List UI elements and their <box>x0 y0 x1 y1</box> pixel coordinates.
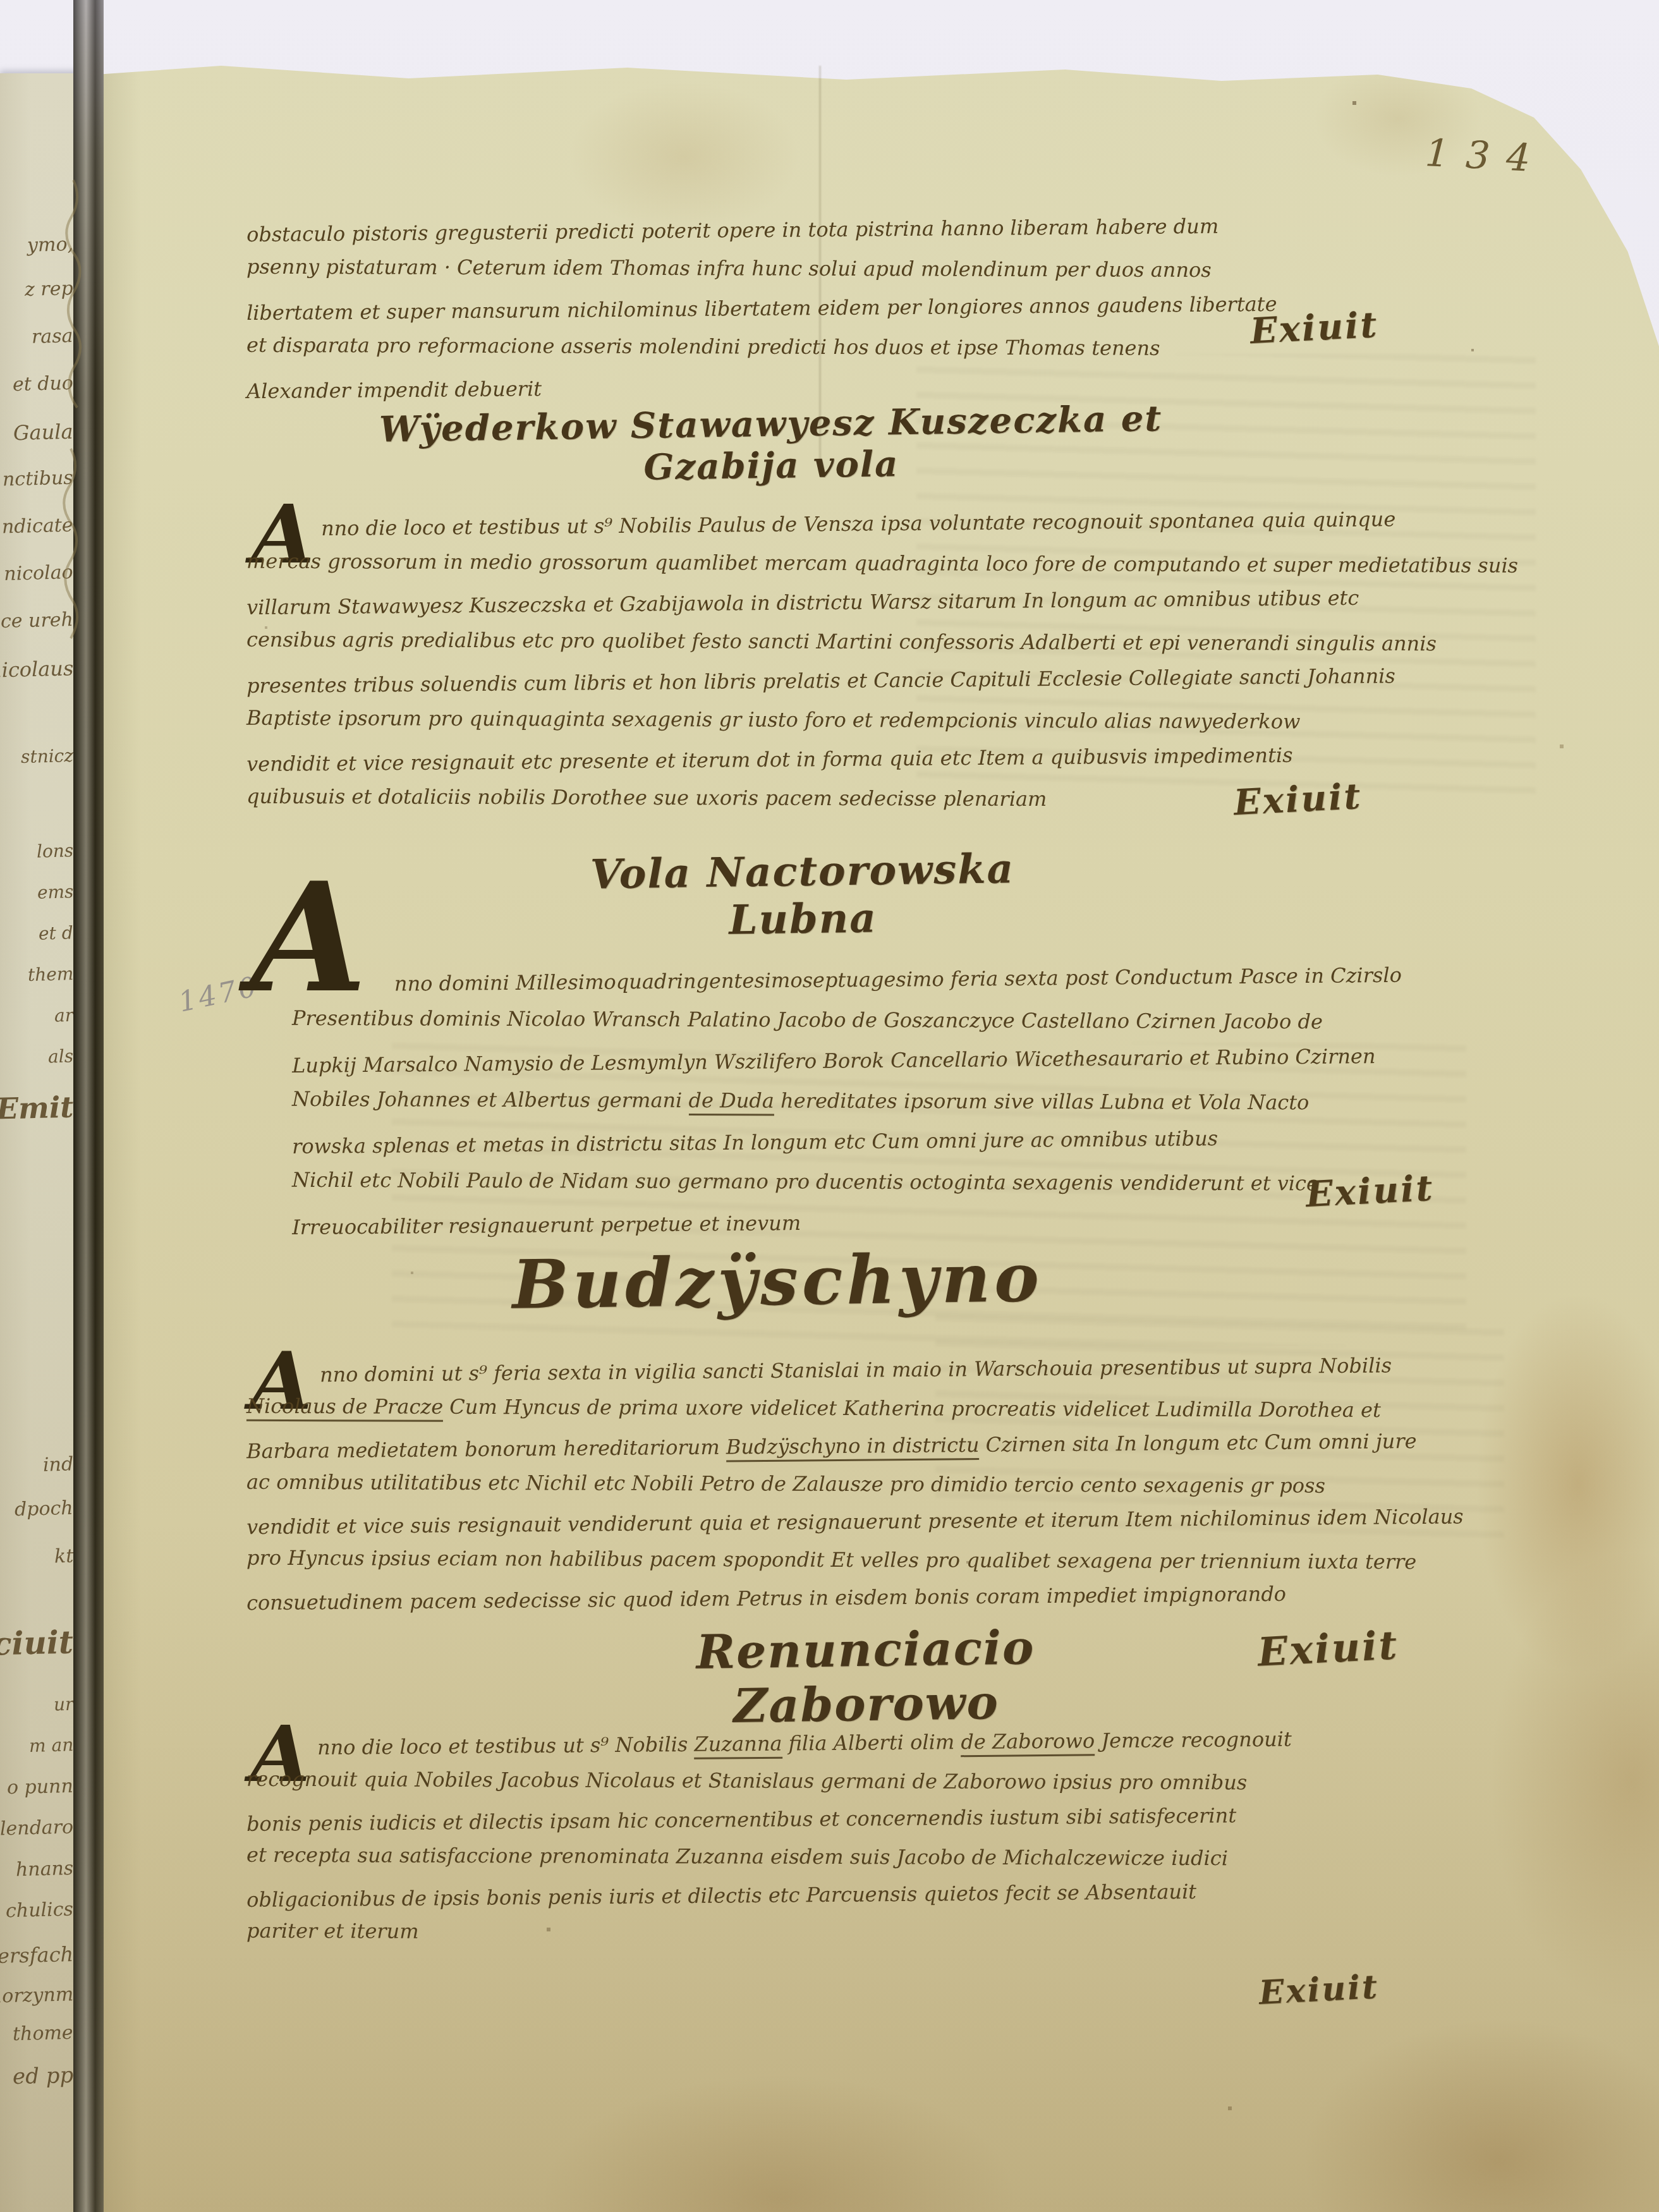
text-line: Nichil etc Nobili Paulo de Nidam suo ger… <box>292 1160 1449 1204</box>
text-line: nno domini ut s⁹ feria sexta in vigilia … <box>246 1346 1428 1394</box>
manuscript-scan: { "page": { "folio_number": "134", "year… <box>0 0 1659 2212</box>
text-line: Nobiles Johannes et Albertus germani de … <box>292 1079 1449 1123</box>
margin-fragment: ar <box>54 1005 73 1026</box>
margin-fragment: stnicz <box>21 745 74 767</box>
text-line: presentes tribus soluendis cum libris et… <box>246 656 1422 705</box>
section-body-renunciacio: nno die loco et testibus ut s⁹ Nobilis Z… <box>246 1724 1409 1952</box>
line-part: Nobiles Johannes et Albertus germani <box>292 1087 689 1112</box>
underlined-name: Budzÿschyno in districtu <box>726 1433 980 1462</box>
text-line: libertatem et super mansurum nichilominu… <box>246 283 1422 332</box>
underlined-name: de Duda <box>688 1088 774 1115</box>
margin-fragment: als <box>48 1045 74 1067</box>
text-line: Lupkij Marsalco Namysio de Lesmymlyn Wsz… <box>292 1035 1449 1086</box>
section-heading-budzischyno: Budzÿschyno <box>492 1237 1062 1325</box>
underlined-name: Zuzanna <box>694 1732 782 1759</box>
text-line: Presentibus dominis Nicolao Wransch Pala… <box>292 998 1449 1042</box>
text-line: recognouit quia Nobiles Jacobus Nicolaus… <box>246 1760 1409 1802</box>
margin-fragment: dpoch <box>15 1497 73 1521</box>
margin-fragment: ur <box>53 1694 73 1715</box>
margin-fragment: lons <box>36 840 73 862</box>
margin-fragment: ems <box>37 881 73 902</box>
exiuit-note: Exiuit <box>1232 775 1363 824</box>
margin-fragment: hnans <box>15 1857 73 1881</box>
section-body-budzischyno: nno domini ut s⁹ feria sexta in vigilia … <box>246 1351 1428 1617</box>
line-part: Cum Hyncus de prima uxore videlicet Kath… <box>443 1395 1381 1422</box>
margin-fragment: ed pp <box>12 2063 73 2090</box>
margin-fragment: kt <box>54 1545 73 1568</box>
section-body-wyederkow: nno die loco et testibus ut s⁹ Nobilis P… <box>246 504 1422 818</box>
section-body-vola-nactorowska: nno domini Millesimoquadringentesimosept… <box>292 959 1449 1243</box>
line-part: Barbara medietatem bonorum hereditarioru… <box>246 1435 726 1464</box>
text-line: et disparata pro reformacione asseris mo… <box>246 325 1422 368</box>
text-line: villarum Stawawyesz Kuszeczska et Gzabij… <box>246 578 1422 627</box>
margin-fragment: them <box>27 963 73 985</box>
text-line: censibus agris predialibus etc pro quoli… <box>246 620 1422 663</box>
exiuit-note: Exiuit <box>1256 1622 1400 1675</box>
folio-number: 134 <box>1424 131 1548 181</box>
section-heading-renunciacio: Renunciacio Zaborowo <box>587 1619 1145 1735</box>
intro-paragraph: obstaculo pistoris gregusterii predicti … <box>246 210 1422 406</box>
text-line: Baptiste ipsorum pro quinquaginta sexage… <box>246 698 1422 741</box>
margin-fragment: o punn <box>7 1775 74 1799</box>
margin-fragment: ind <box>42 1453 73 1476</box>
margin-fragment: m an <box>28 1734 73 1756</box>
margin-fragment: et d <box>39 922 74 944</box>
exiuit-note: Exiuit <box>1304 1167 1435 1216</box>
text-line: consuetudinem pacem sedecisse sic quod i… <box>246 1574 1428 1622</box>
margin-fragment: Emit <box>0 1090 74 1126</box>
text-line: rowska splenas et metas in districtu sit… <box>292 1116 1449 1167</box>
text-line: vendidit et vice suis resignauit vendide… <box>246 1498 1428 1546</box>
text-line: obligacionibus de ipsis bonis penis iuri… <box>246 1871 1409 1919</box>
text-line: nno die loco et testibus ut s⁹ Nobilis Z… <box>246 1719 1409 1767</box>
text-line: psenny pistaturam · Ceterum idem Thomas … <box>246 247 1422 290</box>
line-part: Czirnen sita In longum etc Cum omni jure <box>979 1429 1416 1457</box>
margin-fragment: chulics <box>6 1899 74 1923</box>
margin-fragment: thome <box>13 2022 74 2045</box>
foxing-specks <box>0 0 1 1</box>
line-part: hereditates ipsorum sive villas Lubna et… <box>774 1088 1309 1114</box>
text-line: mercas grossorum in medio grossorum quam… <box>246 542 1422 585</box>
margin-fragment: suersfach <box>0 1942 73 1969</box>
text-line: bonis penis iudicis et dilectis ipsam hi… <box>246 1795 1409 1843</box>
text-line: vendidit et vice resignauit etc presente… <box>246 734 1422 784</box>
text-line: obstaculo pistoris gregusterii predicti … <box>246 205 1422 254</box>
spine-inscription <box>54 177 92 695</box>
line-part: filia Alberti olim <box>782 1730 961 1755</box>
exiuit-note: Exiuit <box>1249 304 1379 353</box>
text-line: et recepta sua satisfaccione prenominata… <box>246 1836 1409 1878</box>
text-line: nno domini Millesimoquadringentesimosept… <box>292 954 1449 1005</box>
section-heading-wyederkow: Wÿederkow Stawawyesz Kuszeczka et Gzabij… <box>303 397 1239 494</box>
text-line: pariter et iterum <box>246 1912 1409 1954</box>
text-line: nno die loco et testibus ut s⁹ Nobilis P… <box>246 499 1422 549</box>
underlined-name: de Zaborowo <box>961 1729 1095 1757</box>
section-heading-vola-nactorowska: Vola Nactorowska Lubna <box>518 844 1088 947</box>
margin-fragment: ciuit <box>0 1623 74 1662</box>
text-line: Barbara medietatem bonorum hereditarioru… <box>246 1422 1428 1470</box>
underlined-name: Nicolaus de Pracze <box>246 1394 443 1422</box>
exiuit-note: Exiuit <box>1258 1967 1380 2012</box>
line-part: Jemcze recognouit <box>1095 1727 1292 1753</box>
margin-fragment: lendaro <box>0 1816 73 1840</box>
margin-fragment: horzynm <box>0 1983 73 2007</box>
line-part: nno die loco et testibus ut s⁹ Nobilis <box>317 1732 695 1759</box>
